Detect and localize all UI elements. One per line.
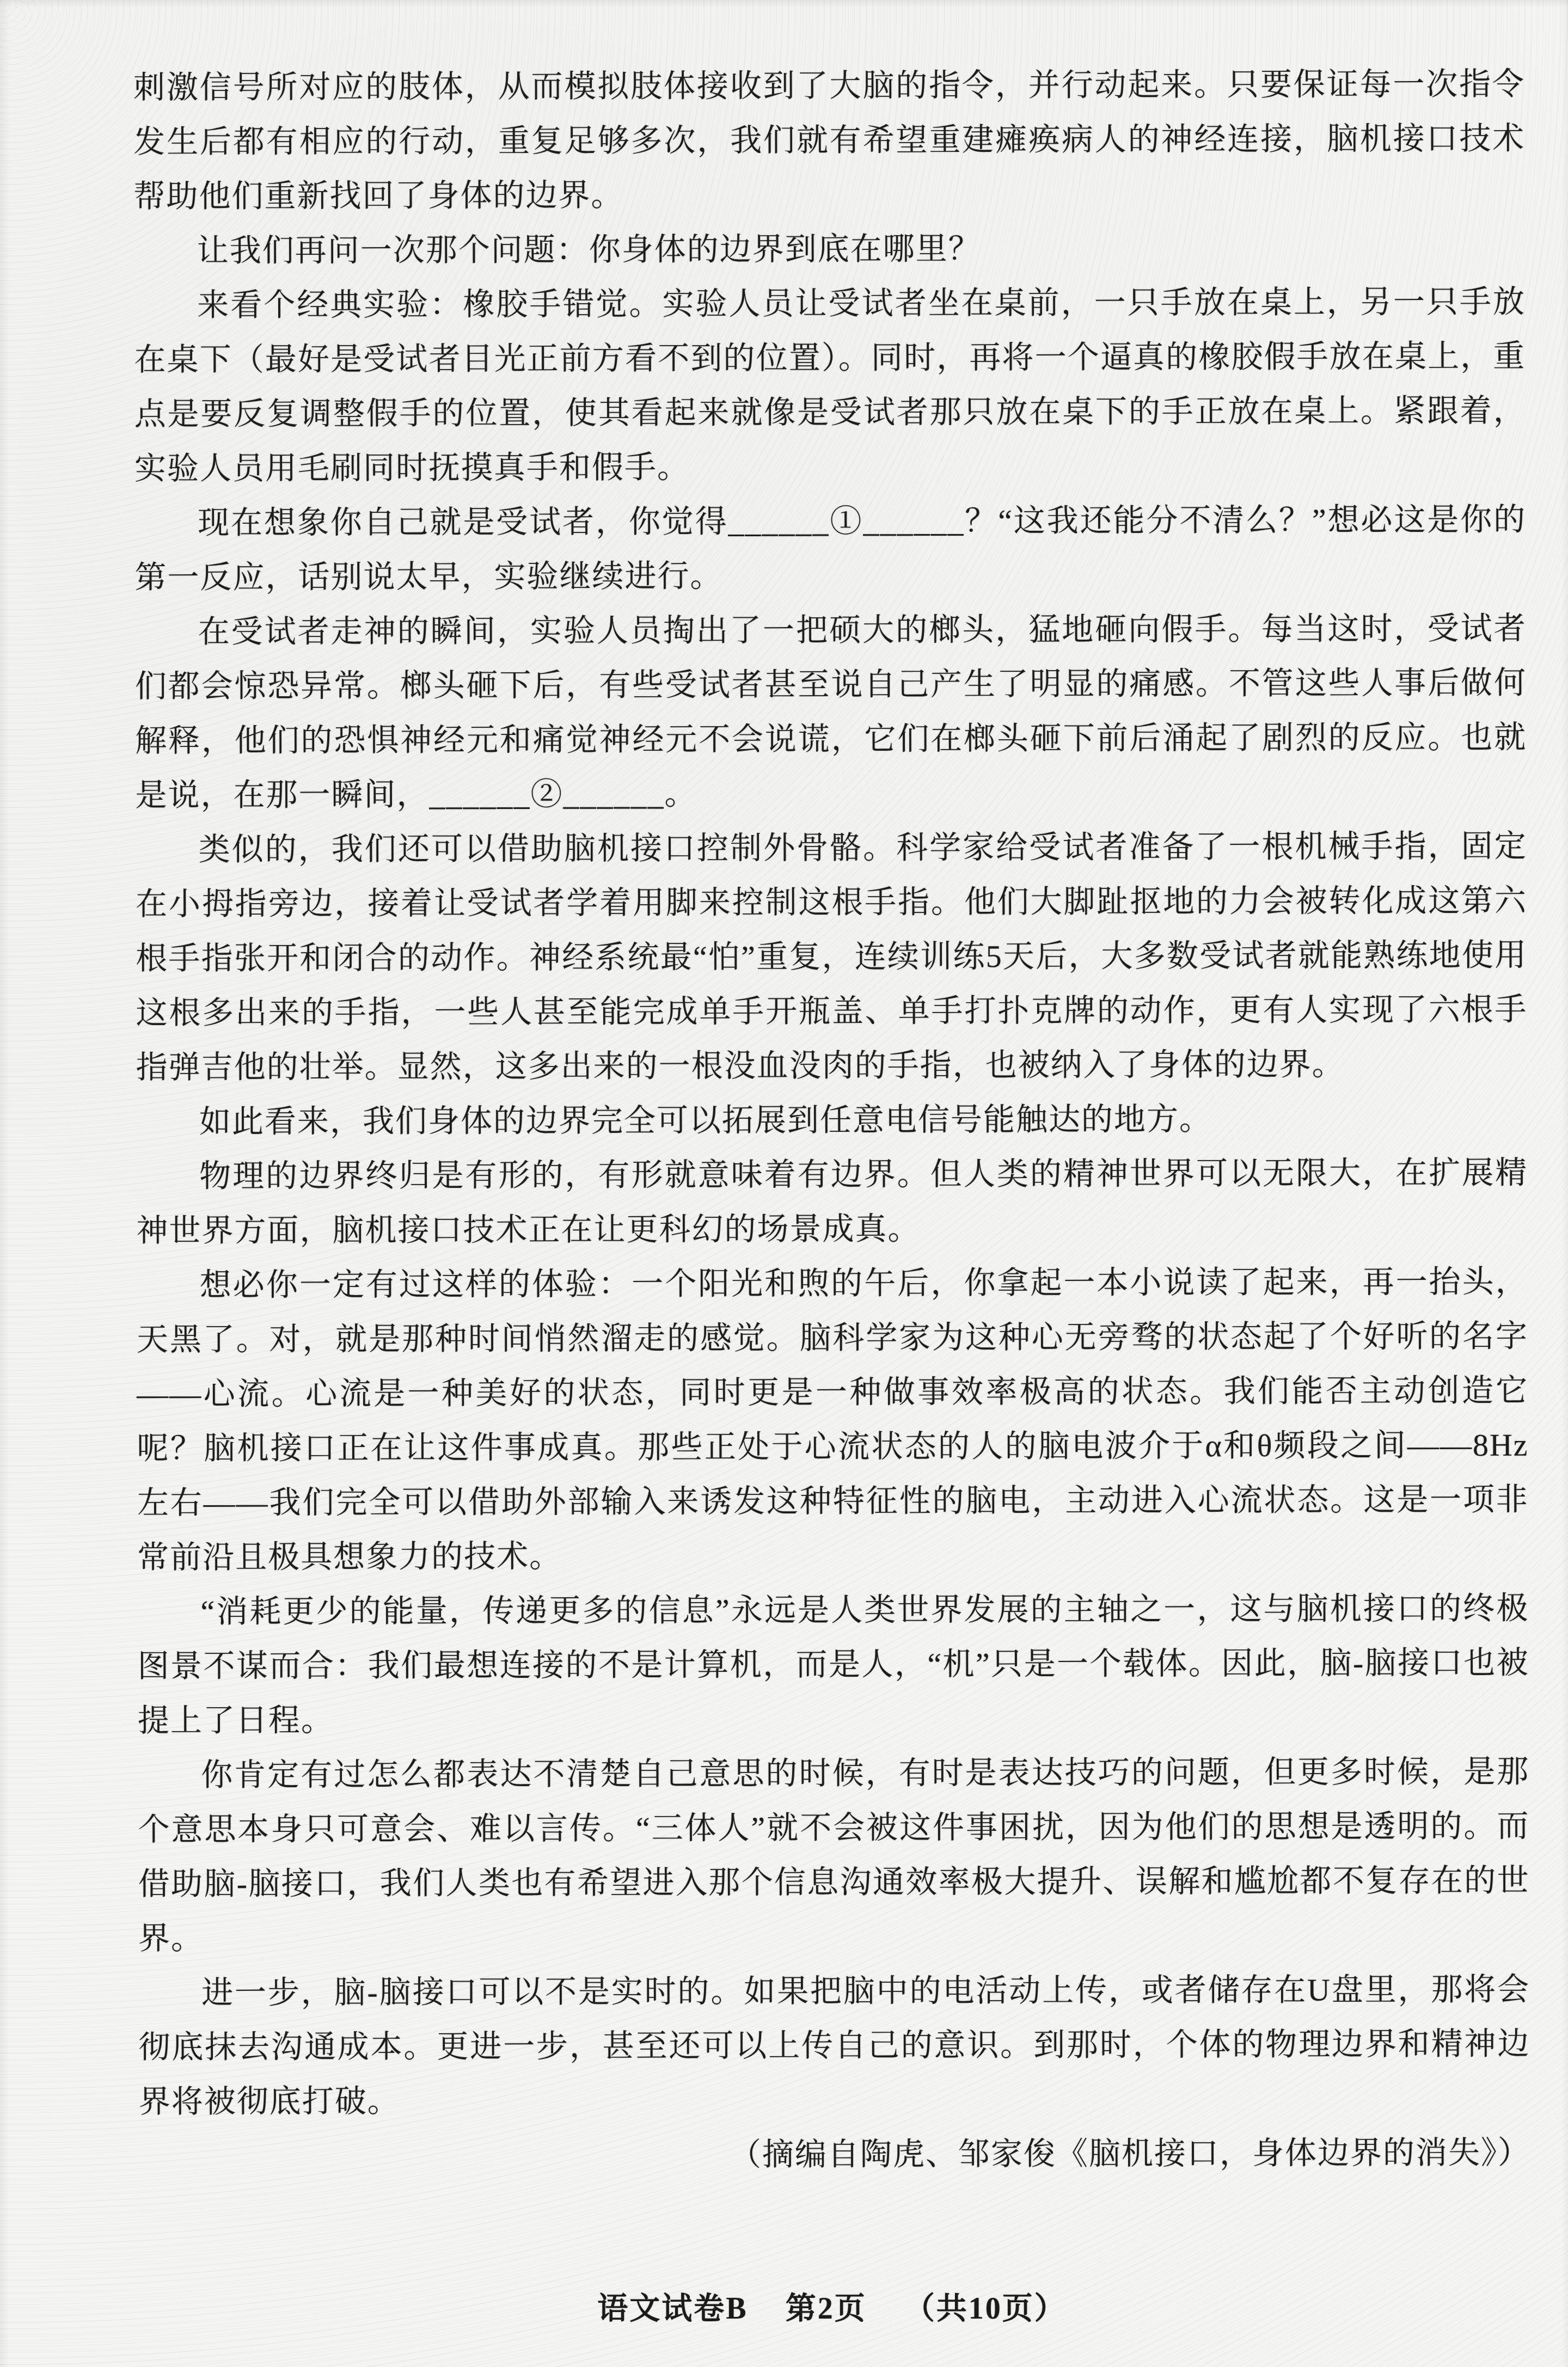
paragraph: 物理的边界终归是有形的，有形就意味着有边界。但人类的精神世界可以无限大，在扩展精… [136, 1146, 1528, 1259]
source-attribution: （摘编自陶虎、邹家俊《脑机接口，身体边界的消失》） [139, 2126, 1530, 2184]
paragraph: 刺激信号所对应的肢体，从而模拟肢体接收到了大脑的指令，并行动起来。只要保证每一次… [133, 57, 1526, 224]
exam-page: 刺激信号所对应的肢体，从而模拟肢体接收到了大脑的指令，并行动起来。只要保证每一次… [0, 0, 1568, 2367]
paragraph: 类似的，我们还可以借助脑机接口控制外骨骼。科学家给受试者准备了一根机械手指，固定… [136, 819, 1528, 1095]
paragraph: 让我们再问一次那个问题：你身体的边界到底在哪里？ [134, 220, 1526, 279]
page-footer: 语文试卷B 第2页 （共10页） [136, 2284, 1528, 2333]
footer-exam-title: 语文试卷B [597, 2292, 748, 2326]
paragraph: 现在想象你自己就是受试者，你觉得______①______？“这我还能分不清么？… [134, 493, 1527, 605]
paragraph: 进一步，脑-脑接口可以不是实时的。如果把脑中的电活动上传，或者储存在U盘里，那将… [138, 1963, 1530, 2130]
footer-page-number: 第2页 [786, 2292, 867, 2326]
reading-passage: 刺激信号所对应的肢体，从而模拟肢体接收到了大脑的指令，并行动起来。只要保证每一次… [133, 57, 1530, 2184]
paragraph: 来看个经典实验：橡胶手错觉。实验人员让受试者坐在桌前，一只手放在桌上，另一只手放… [134, 275, 1526, 496]
paragraph: “消耗更少的能量，传递更多的信息”永远是人类世界发展的主轴之一，这与脑机接口的终… [137, 1581, 1529, 1749]
passage-paragraphs: 刺激信号所对应的肢体，从而模拟肢体接收到了大脑的指令，并行动起来。只要保证每一次… [133, 57, 1530, 2130]
paragraph: 在受试者走神的瞬间，实验人员掏出了一把硕大的榔头，猛地砸向假手。每当这时，受试者… [135, 602, 1527, 823]
footer-total-pages: （共10页） [904, 2292, 1067, 2326]
paragraph: 如此看来，我们身体的边界完全可以拓展到任意电信号能触达的地方。 [136, 1091, 1528, 1150]
paragraph: 你肯定有过怎么都表达不清楚自己意思的时候，有时是表达技巧的问题，但更多时候，是那… [138, 1745, 1530, 1966]
paragraph: 想必你一定有过这样的体验：一个阳光和煦的午后，你拿起一本小说读了起来，再一抬头，… [137, 1255, 1529, 1585]
